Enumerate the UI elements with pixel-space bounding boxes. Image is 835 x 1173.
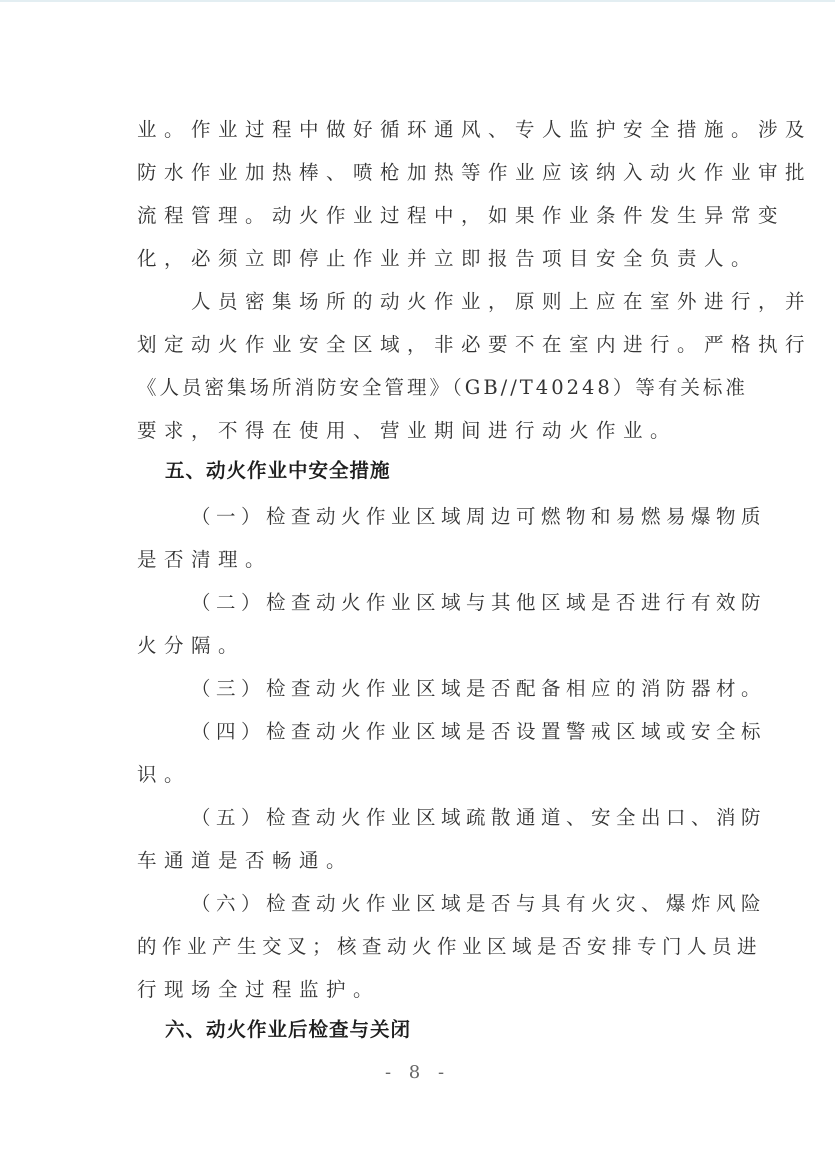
paragraph-line: 人员密集场所的动火作业，原则上应在室外进行，并: [137, 280, 697, 323]
paragraph-line: 业。作业过程中做好循环通风、专人监护安全措施。涉及: [137, 108, 697, 151]
list-item-line: （五）检查动火作业区域疏散通道、安全出口、消防: [137, 796, 697, 839]
list-item-line: 行现场全过程监护。: [137, 968, 697, 1011]
paragraph-line: 要求，不得在使用、营业期间进行动火作业。: [137, 409, 697, 452]
list-item-line: 的作业产生交叉；核查动火作业区域是否安排专门人员进: [137, 925, 697, 968]
list-item-line: （六）检查动火作业区域是否与具有火灾、爆炸风险: [137, 882, 697, 925]
list-item-line: （三）检查动火作业区域是否配备相应的消防器材。: [137, 667, 697, 710]
section-heading: 六、动火作业后检查与关闭: [137, 1011, 697, 1054]
list-item-line: 火分隔。: [137, 624, 697, 667]
list-item-line: 识。: [137, 753, 697, 796]
paragraph-line: 流程管理。动火作业过程中，如果作业条件发生异常变: [137, 194, 697, 237]
paragraph-line: 防水作业加热棒、喷枪加热等作业应该纳入动火作业审批: [137, 151, 697, 194]
list-item-line: （二）检查动火作业区域与其他区域是否进行有效防: [137, 581, 697, 624]
list-item-line: （四）检查动火作业区域是否设置警戒区域或安全标: [137, 710, 697, 753]
document-body: 业。作业过程中做好循环通风、专人监护安全措施。涉及 防水作业加热棒、喷枪加热等作…: [137, 108, 697, 1054]
paragraph-line: 划定动火作业安全区域，非必要不在室内进行。严格执行: [137, 323, 697, 366]
scan-edge: [0, 0, 835, 2]
section-heading: 五、动火作业中安全措施: [137, 452, 697, 495]
list-item-line: 车通道是否畅通。: [137, 839, 697, 882]
page-number: - 8 -: [0, 1062, 835, 1083]
list-item-line: （一）检查动火作业区域周边可燃物和易燃易爆物质: [137, 495, 697, 538]
paragraph-line: 《人员密集场所消防安全管理》（GB//T40248）等有关标准: [137, 366, 697, 409]
paragraph-line: 化，必须立即停止作业并立即报告项目安全负责人。: [137, 237, 697, 280]
list-item-line: 是否清理。: [137, 538, 697, 581]
